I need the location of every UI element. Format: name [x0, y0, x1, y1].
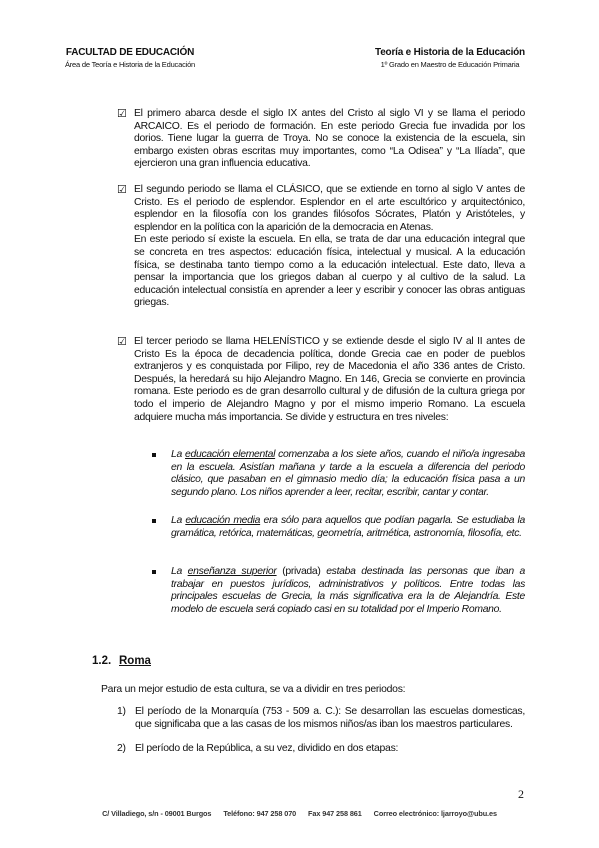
- footer-fax: Fax 947 258 861: [308, 809, 362, 818]
- area-subtitle: Área de Teoría e Historia de la Educació…: [50, 59, 210, 70]
- numbered-item: 1) El período de la Monarquía (753 - 509…: [117, 706, 525, 731]
- header-left: FACULTAD DE EDUCACIÓN Área de Teoría e H…: [50, 47, 210, 70]
- numbered-item: 2) El período de la República, a su vez,…: [117, 743, 525, 756]
- period-text: El segundo periodo se llama el CLÁSICO, …: [134, 184, 525, 234]
- header-right: Teoría e Historia de la Educación 1º Gra…: [365, 47, 535, 70]
- square-bullet-icon: [152, 453, 156, 457]
- period-text: El primero abarca desde el siglo IX ante…: [134, 108, 525, 171]
- checkbox-icon: ☑: [117, 184, 127, 196]
- section-intro: Para un mejor estudio de esta cultura, s…: [101, 684, 405, 695]
- level-elementary: La educación elemental comenzaba a los s…: [153, 449, 525, 499]
- level-term: educación media: [185, 515, 260, 526]
- level-term: enseñanza superior: [188, 566, 277, 577]
- period-archaic: ☑ El primero abarca desde el siglo IX an…: [118, 108, 525, 171]
- level-higher: La enseñanza superior (privada) estaba d…: [153, 566, 525, 616]
- period-text-continued: En este periodo sí existe la escuela. En…: [134, 234, 525, 310]
- period-classic: ☑ El segundo periodo se llama el CLÁSICO…: [118, 184, 525, 310]
- section-heading: 1.2.Roma: [92, 655, 151, 667]
- square-bullet-icon: [152, 570, 156, 574]
- footer: C/ Villadiego, s/n - 09001 Burgos Teléfo…: [0, 809, 599, 818]
- period-hellenistic: ☑ El tercer periodo se llama HELENÍSTICO…: [118, 336, 525, 424]
- footer-phone: Teléfono: 947 258 070: [223, 809, 296, 818]
- section-number: 1.2.: [92, 655, 119, 667]
- course-title: Teoría e Historia de la Educación: [365, 47, 535, 59]
- checkbox-icon: ☑: [117, 336, 127, 348]
- degree-subtitle: 1º Grado en Maestro de Educación Primari…: [365, 59, 535, 70]
- footer-address: C/ Villadiego, s/n - 09001 Burgos: [102, 809, 211, 818]
- section-title: Roma: [119, 655, 151, 667]
- page-number: 2: [518, 787, 524, 802]
- level-middle: La educación media era sólo para aquello…: [153, 515, 525, 540]
- period-text: El tercer periodo se llama HELENÍSTICO y…: [134, 336, 525, 424]
- square-bullet-icon: [152, 519, 156, 523]
- footer-email: Correo electrónico: ljarroyo@ubu.es: [374, 809, 497, 818]
- faculty-title: FACULTAD DE EDUCACIÓN: [50, 47, 210, 59]
- level-term: educación elemental: [185, 449, 275, 460]
- checkbox-icon: ☑: [117, 108, 127, 120]
